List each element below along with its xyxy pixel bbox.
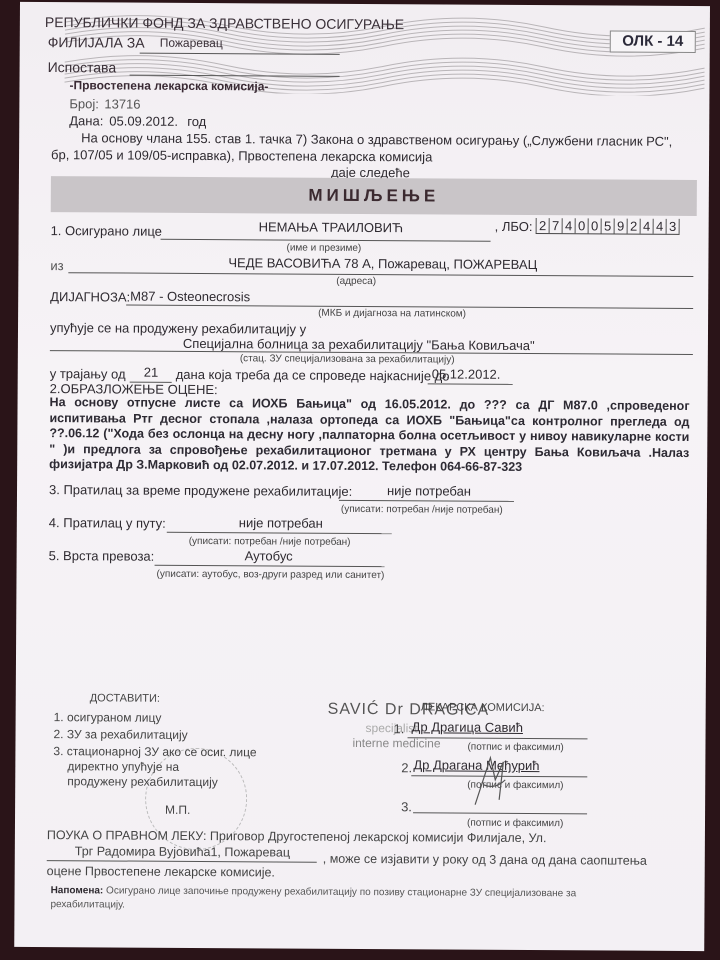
branch-label: ФИЛИЈАЛА ЗА <box>48 34 145 51</box>
date-value: 05.09.2012. <box>109 113 178 128</box>
lbo-digit: 5 <box>601 218 614 233</box>
q4-underline <box>167 532 392 534</box>
commission-title: ЛЕКАРСКА КОМИСИЈА: <box>421 701 545 714</box>
doctor-stamp-line2: specijalist <box>366 721 418 735</box>
referral-label: упућује се на продужену рехабилитацију у <box>50 320 306 337</box>
member-1-name: Др Драгица Савић <box>412 719 523 735</box>
q4-label: 4. Пратилац у путу: <box>49 515 166 531</box>
lbo-digit-boxes: 27400592443 <box>536 218 680 235</box>
insured-label: 1. Осигурано лице <box>51 223 162 239</box>
address-value: ЧЕДЕ ВАСОВИЋА 78 А, Пожаревац, ПОЖАРЕВАЦ <box>228 255 537 272</box>
office-label: Испостава <box>48 59 117 75</box>
q4-caption: (уписати: потребан /није потребан) <box>189 536 351 548</box>
delivery-item-1: 1. осигураном лицу <box>54 710 162 725</box>
lbo-digit: 4 <box>653 219 666 234</box>
from-label: из <box>50 258 63 273</box>
legal-address-underline <box>47 860 317 863</box>
delivery-title: ДОСТАВИТИ: <box>90 692 160 704</box>
institution-caption: (стац. ЗУ специјализована за рехабилитац… <box>240 353 455 365</box>
document-page: РЕПУБЛИЧКИ ФОНД ЗА ЗДРАВСТВЕНО ОСИГУРАЊЕ… <box>14 2 710 951</box>
reasoning-text: На основу отпусне листе са ИОХБ Бањица" … <box>49 395 689 476</box>
q5-label: 5. Врста превоза: <box>49 548 155 564</box>
note-line-2: рехабилитацију. <box>50 899 125 910</box>
lbo-digit: 2 <box>536 218 549 233</box>
institution-value: Специјална болница за рехабилитацију "Ба… <box>183 336 535 353</box>
lbo-digit: 4 <box>640 219 653 234</box>
member-2-num: 2. <box>401 760 412 775</box>
q3-caption: (уписати: потребан /није потребан) <box>341 504 503 516</box>
lbo-field: 27400592443 <box>536 217 680 236</box>
lbo-digit: 2 <box>627 219 640 234</box>
document-title: МИШЉЕЊЕ <box>51 176 697 216</box>
delivery-item-3b: директно упућује на <box>67 759 179 774</box>
lbo-digit: 0 <box>575 218 588 233</box>
address-caption: (адреса) <box>336 276 376 287</box>
delivery-item-2: 2. ЗУ за рехабилитацију <box>53 727 187 742</box>
note-line-1: Напомена: Осигурано лице започиње продуж… <box>51 885 577 899</box>
member-3-underline <box>413 812 587 814</box>
duration-prefix: у трајању од <box>50 366 126 381</box>
intro-line-2: бр, 107/05 и 109/05-исправка), Првостепе… <box>51 147 432 164</box>
lbo-label: , ЛБО: <box>495 219 533 234</box>
note-label: Напомена: <box>51 885 104 896</box>
handwritten-signature <box>455 750 515 810</box>
seal-label: М.П. <box>165 803 190 817</box>
member-3-caption: (потпис и факсимил) <box>467 818 563 830</box>
delivery-item-3: 3. стационарној ЗУ ако се осиг. лице <box>53 744 256 759</box>
number-value: 13716 <box>104 96 140 111</box>
q3-underline <box>339 500 514 502</box>
note-text-1: Осигурано лице започиње продужену рехаби… <box>106 885 576 899</box>
diagnosis-value: M87 - Osteonecrosis <box>130 289 250 305</box>
duration-middle: дана која треба да се спроведе најкасниј… <box>176 367 450 384</box>
delivery-item-3c: продужену рехабилитацију <box>67 774 218 789</box>
q5-value: Аутобус <box>245 548 293 563</box>
diagnosis-label: ДИЈАГНОЗА: <box>50 289 130 304</box>
q5-underline <box>155 565 385 567</box>
q4-value: није потребан <box>239 515 323 531</box>
lbo-digit: 9 <box>614 219 627 234</box>
lbo-digit: 0 <box>588 218 601 233</box>
date-suffix: год <box>187 114 206 129</box>
q5-caption: (уписати: аутобус, воз-други разред или … <box>156 569 384 581</box>
legal-line-3: оцене Првостепене лекарске комисије. <box>47 864 275 879</box>
number-label: Број: <box>69 96 99 111</box>
insured-name: НЕМАЊА ТРАИЛОВИЋ <box>259 219 404 235</box>
commission-name: -Првостепена лекарска комисија- <box>69 78 268 93</box>
legal-line-2: , може се изјавити у року од 3 дана од д… <box>323 852 647 868</box>
legal-address: Трг Радомира Вујовића1, Пожаревац <box>75 844 290 859</box>
duration-days: 21 <box>144 365 159 380</box>
member-1-num: 1. <box>394 721 405 736</box>
lbo-digit: 3 <box>666 219 680 234</box>
q3-value: није потребан <box>387 483 471 499</box>
q3-label: 3. Пратилац за време продужене рехабилит… <box>49 482 352 499</box>
intro-line-1: На основу члана 155. став 1. тачка 7) За… <box>81 130 672 149</box>
member-3-num: 3. <box>401 799 412 814</box>
lbo-digit: 4 <box>562 218 575 233</box>
name-underline <box>161 239 491 242</box>
diagnosis-caption: (МКБ и дијагноза на латинском) <box>318 308 466 320</box>
fund-name: РЕПУБЛИЧКИ ФОНД ЗА ЗДРАВСТВЕНО ОСИГУРАЊЕ <box>45 14 404 32</box>
name-caption: (име и презиме) <box>286 243 361 254</box>
lbo-digit: 7 <box>549 218 562 233</box>
deadline-underline <box>428 383 513 385</box>
branch-value: Пожаревац <box>160 36 223 50</box>
deadline-value: 05.12.2012. <box>432 366 501 381</box>
date-label: Дана: <box>69 113 103 128</box>
form-code-box: ОЛК - 14 <box>610 30 696 53</box>
legal-line-1: ПОУКА О ПРАВНОМ ЛЕКУ: Приговор Другостеп… <box>47 828 547 845</box>
address-underline <box>68 272 693 277</box>
